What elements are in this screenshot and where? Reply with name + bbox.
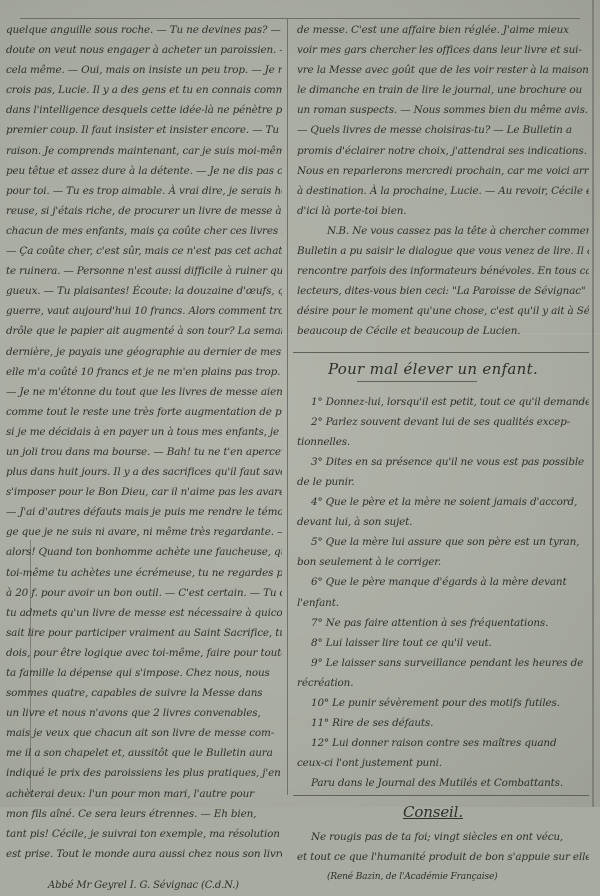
text-line: indiqué le prix des paroissiens les plus… bbox=[6, 763, 282, 783]
list-item: 7° Ne pas faire attention à ses fréquent… bbox=[297, 613, 589, 633]
handwritten-page: quelque anguille sous roche. — Tu ne dev… bbox=[0, 0, 600, 807]
text-line: le dimanche en train de lire le journal,… bbox=[297, 80, 589, 100]
list-item: tionnelles. bbox=[297, 432, 589, 452]
title-underline bbox=[357, 381, 477, 382]
text-line: désire pour le moment qu'une chose, c'es… bbox=[297, 301, 589, 321]
text-line: vre la Messe avec goût que de les voir r… bbox=[297, 60, 589, 80]
text-line: dans l'intelligence desquels cette idée-… bbox=[6, 100, 282, 120]
text-line: lecteurs, dites-vous bien ceci: "La Paro… bbox=[297, 281, 589, 301]
text-line: ta famille la dépense qui s'impose. Chez… bbox=[6, 663, 282, 683]
list-item: 4° Que le père et la mère ne soient jama… bbox=[297, 492, 589, 512]
text-line: me il a son chapelet et, aussitôt que le… bbox=[6, 743, 282, 763]
list-item: 5° Que la mère lui assure que son père e… bbox=[297, 532, 589, 552]
text-line: — Ça coûte cher, c'est sûr, mais ce n'es… bbox=[6, 241, 282, 261]
list-item: 6° Que le père manque d'égards à la mère… bbox=[297, 572, 589, 592]
text-line: pour toi. — Tu es trop aimable. À vrai d… bbox=[6, 181, 282, 201]
list-item: 3° Dites en sa présence qu'il ne vous es… bbox=[297, 452, 589, 472]
list-item: ceux-ci l'ont justement puni. bbox=[297, 753, 589, 773]
column-divider bbox=[287, 18, 288, 795]
list-item: 1° Donnez-lui, lorsqu'il est petit, tout… bbox=[297, 392, 589, 412]
list-item: récréation. bbox=[297, 673, 589, 693]
text-line: s'imposer pour le Bon Dieu, car il n'aim… bbox=[6, 482, 282, 502]
section-divider bbox=[293, 795, 589, 796]
article-list: 1° Donnez-lui, lorsqu'il est petit, tout… bbox=[297, 392, 589, 774]
text-line: quelque anguille sous roche. — Tu ne dev… bbox=[6, 20, 282, 40]
text-line: gueux. — Tu plaisantes! Écoute: la douza… bbox=[6, 281, 282, 301]
article-title: Pour mal élever un enfant. bbox=[277, 359, 589, 379]
text-line: chacun de mes enfants, mais ça coûte che… bbox=[6, 221, 282, 241]
list-item: de le punir. bbox=[297, 472, 589, 492]
text-line: un livre et nous n'avons que 2 livres co… bbox=[6, 703, 282, 723]
text-line: mais je veux que chacun ait son livre de… bbox=[6, 723, 282, 743]
text-line: un joli trou dans ma bourse. — Bah! tu n… bbox=[6, 442, 282, 462]
dialogue-continuation: de messe. C'est une affaire bien réglée.… bbox=[297, 20, 589, 221]
top-rule bbox=[20, 18, 580, 19]
list-item: 12° Lui donner raison contre ses maîtres… bbox=[297, 733, 589, 753]
text-line: voir mes gars chercher les offices dans … bbox=[297, 40, 589, 60]
text-line: un roman suspects. — Nous sommes bien du… bbox=[297, 100, 589, 120]
text-line: tu admets qu'un livre de messe est néces… bbox=[6, 603, 282, 623]
text-line: toi-même tu achètes une écrémeuse, tu ne… bbox=[6, 563, 282, 583]
text-line: reuse, si j'étais riche, de procurer un … bbox=[6, 201, 282, 221]
text-line: achèterai deux: l'un pour mon mari, l'au… bbox=[6, 784, 282, 804]
text-line: à destination. À la prochaine, Lucie. — … bbox=[297, 181, 589, 201]
text-line: guerre, vaut aujourd'hui 10 francs. Alor… bbox=[6, 301, 282, 321]
text-line: drôle que le papier ait augmenté à son t… bbox=[6, 321, 282, 341]
text-line: te ruinera. — Personne n'est aussi diffi… bbox=[6, 261, 282, 281]
text-line: dois, pour être logique avec toi-même, f… bbox=[6, 643, 282, 663]
right-column: de messe. C'est une affaire bien réglée.… bbox=[297, 20, 589, 807]
text-line: Nous en reparlerons mercredi prochain, c… bbox=[297, 161, 589, 181]
nota-bene: N.B. Ne vous cassez pas la tête à cherch… bbox=[297, 221, 589, 342]
text-line: sommes quatre, capables de suivre la Mes… bbox=[6, 683, 282, 703]
text-line: mon fils aîné. Ce sera leurs étrennes. —… bbox=[6, 804, 282, 807]
text-line: crois pas, Lucie. Il y a des gens et tu … bbox=[6, 80, 282, 100]
list-item: bon seulement à le corriger. bbox=[297, 552, 589, 572]
text-line: — Je ne m'étonne du tout que les livres … bbox=[6, 382, 282, 402]
right-margin-line bbox=[592, 0, 594, 807]
text-line: plus dans huit jours. Il y a des sacrifi… bbox=[6, 462, 282, 482]
text-line: d'ici là porte-toi bien. bbox=[297, 201, 589, 221]
list-item: 11° Rire de ses défauts. bbox=[297, 713, 589, 733]
text-line: premier coup. Il faut insister et insist… bbox=[6, 120, 282, 140]
article-source: Paru dans le Journal des Mutilés et Comb… bbox=[297, 773, 589, 793]
list-item: l'enfant. bbox=[297, 593, 589, 613]
text-line: — J'ai d'autres défauts mais je puis me … bbox=[6, 502, 282, 522]
text-line: dernière, je payais une géographie au de… bbox=[6, 342, 282, 362]
conseil-title: Conseil. bbox=[277, 802, 589, 807]
list-item: devant lui, à son sujet. bbox=[297, 512, 589, 532]
text-line: promis d'éclairer notre choix, j'attendr… bbox=[297, 141, 589, 161]
list-item: 2° Parlez souvent devant lui de ses qual… bbox=[297, 412, 589, 432]
text-line: — Quels livres de messe choisiras-tu? — … bbox=[297, 120, 589, 140]
text-line: rencontre parfois des informateurs bénév… bbox=[297, 261, 589, 281]
list-item: 10° Le punir sévèrement pour des motifs … bbox=[297, 693, 589, 713]
text-line: comme tout le reste une très forte augme… bbox=[6, 402, 282, 422]
text-line: raison. Je comprends maintenant, car je … bbox=[6, 141, 282, 161]
text-line: Bulletin a pu saisir le dialogue que vou… bbox=[297, 241, 589, 261]
list-item: 8° Lui laisser lire tout ce qu'il veut. bbox=[297, 633, 589, 653]
text-line: ge que je ne suis ni avare, ni même très… bbox=[6, 522, 282, 542]
text-line: peu têtue et assez dure à la détente. — … bbox=[6, 161, 282, 181]
text-line: de messe. C'est une affaire bien réglée.… bbox=[297, 20, 589, 40]
text-line: N.B. Ne vous cassez pas la tête à cherch… bbox=[297, 221, 589, 241]
text-line: alors! Quand ton bonhomme achète une fau… bbox=[6, 542, 282, 562]
text-line: elle m'a coûté 10 francs et je ne m'en p… bbox=[6, 362, 282, 382]
section-divider bbox=[293, 352, 589, 353]
text-line: beaucoup de Cécile et beaucoup de Lucien… bbox=[297, 321, 589, 341]
text-line: à 20 f. pour avoir un bon outil. — C'est… bbox=[6, 583, 282, 603]
text-line: doute on veut nous engager à acheter un … bbox=[6, 40, 282, 60]
text-line: sait lire pour participer vraiment au Sa… bbox=[6, 623, 282, 643]
left-column: quelque anguille sous roche. — Tu ne dev… bbox=[6, 20, 282, 807]
list-item: 9° Le laisser sans surveillance pendant … bbox=[297, 653, 589, 673]
text-line: si je me décidais à en payer un à tous m… bbox=[6, 422, 282, 442]
text-line: cela même. — Oui, mais on insiste un peu… bbox=[6, 60, 282, 80]
